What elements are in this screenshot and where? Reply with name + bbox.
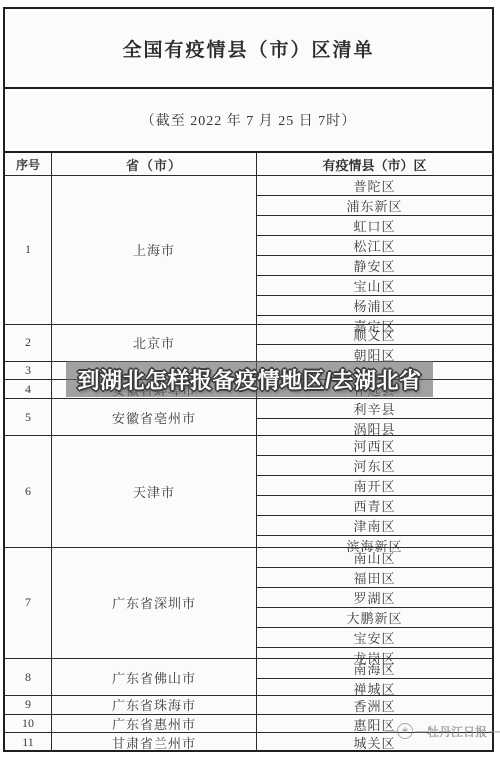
region-line: 宝山区 <box>257 275 492 295</box>
region-line: 顺义区 <box>257 325 492 344</box>
page: 全国有疫情县（市）区清单 （截至 2022 年 7 月 25 日 7时） 序号 … <box>0 0 500 758</box>
province-cell: 天津市 <box>52 436 257 546</box>
header-cell-province: 省（市） <box>52 153 257 175</box>
region-line: 禅城区 <box>257 678 492 698</box>
region-line: 河西区 <box>257 436 492 455</box>
table-body: 1上海市普陀区浦东新区虹口区松江区静安区宝山区杨浦区嘉定区2北京市顺义区朝阳区3… <box>5 176 492 752</box>
region-line: 南海区 <box>257 659 492 678</box>
newspaper-watermark: — ❀ — 牡丹江日报 — <box>385 721 499 741</box>
date-box: （截至 2022 年 7 月 25 日 7时） <box>5 89 492 153</box>
region-cell-group: 河西区河东区南开区西青区津南区滨海新区 <box>257 436 492 546</box>
region-line: 松江区 <box>257 235 492 255</box>
row-number: 4 <box>5 380 52 398</box>
table-header: 序号 省（市） 有疫情县（市）区 <box>5 153 492 176</box>
province-cell: 甘肃省兰州市 <box>52 733 257 752</box>
region-line: 津南区 <box>257 515 492 535</box>
region-line: 南开区 <box>257 475 492 495</box>
province-cell: 北京市 <box>52 325 257 361</box>
date-note: （截至 2022 年 7 月 25 日 7时） <box>141 110 357 130</box>
table-row: 9广东省珠海市香洲区 <box>5 696 492 715</box>
watermark-dash-mid: — <box>415 724 425 738</box>
region-line: 宝安区 <box>257 627 492 647</box>
province-cell: 广东省珠海市 <box>52 696 257 714</box>
row-number: 9 <box>5 696 52 714</box>
province-cell: 上海市 <box>52 176 257 324</box>
region-line: 浦东新区 <box>257 195 492 215</box>
region-line: 福田区 <box>257 567 492 587</box>
region-line: 南山区 <box>257 548 492 567</box>
region-line: 利辛县 <box>257 399 492 418</box>
table-row: 7广东省深圳市南山区福田区罗湖区大鹏新区宝安区龙岗区 <box>5 548 492 659</box>
region-cell-group: 南海区禅城区 <box>257 659 492 695</box>
row-number: 3 <box>5 362 52 380</box>
table-row: 6天津市河西区河东区南开区西青区津南区滨海新区 <box>5 436 492 547</box>
province-cell: 安徽省亳州市 <box>52 399 257 435</box>
region-cell-group: 香洲区 <box>257 696 492 714</box>
header-cell-no: 序号 <box>5 153 52 175</box>
newspaper-logo-icon: ❀ <box>397 723 413 739</box>
region-line: 河东区 <box>257 455 492 475</box>
epidemic-table: 序号 省（市） 有疫情县（市）区 1上海市普陀区浦东新区虹口区松江区静安区宝山区… <box>5 153 492 752</box>
row-number: 1 <box>5 176 52 324</box>
table-row: 2北京市顺义区朝阳区 <box>5 325 492 362</box>
region-line: 普陀区 <box>257 176 492 195</box>
row-number: 6 <box>5 436 52 546</box>
province-cell: 广东省深圳市 <box>52 548 257 658</box>
row-number: 2 <box>5 325 52 361</box>
row-number: 5 <box>5 399 52 435</box>
region-cell-group: 利辛县涡阳县 <box>257 399 492 435</box>
table-row: 8广东省佛山市南海区禅城区 <box>5 659 492 696</box>
province-cell: 广东省佛山市 <box>52 659 257 695</box>
watermark-dash-right: — <box>489 724 499 738</box>
province-cell: 广东省惠州市 <box>52 715 257 733</box>
region-line: 西青区 <box>257 495 492 515</box>
region-line: 大鹏新区 <box>257 607 492 627</box>
row-number: 7 <box>5 548 52 658</box>
region-line: 涡阳县 <box>257 418 492 438</box>
row-number: 11 <box>5 733 52 752</box>
table-row: 1上海市普陀区浦东新区虹口区松江区静安区宝山区杨浦区嘉定区 <box>5 176 492 325</box>
row-number: 8 <box>5 659 52 695</box>
region-cell-group: 普陀区浦东新区虹口区松江区静安区宝山区杨浦区嘉定区 <box>257 176 492 324</box>
region-line: 罗湖区 <box>257 587 492 607</box>
region-line: 杨浦区 <box>257 295 492 315</box>
region-line: 虹口区 <box>257 215 492 235</box>
headline-overlay-banner: 到湖北怎样报备疫情地区/去湖北省 <box>66 361 433 397</box>
header-cell-region: 有疫情县（市）区 <box>257 153 492 175</box>
page-title: 全国有疫情县（市）区清单 <box>122 35 374 62</box>
region-line: 静安区 <box>257 255 492 275</box>
region-cell-group: 南山区福田区罗湖区大鹏新区宝安区龙岗区 <box>257 548 492 658</box>
title-box: 全国有疫情县（市）区清单 <box>5 9 492 89</box>
watermark-text: 牡丹江日报 <box>427 723 487 740</box>
region-line: 香洲区 <box>257 696 492 715</box>
table-row: 5安徽省亳州市利辛县涡阳县 <box>5 399 492 436</box>
row-number: 10 <box>5 715 52 733</box>
headline-overlay-text: 到湖北怎样报备疫情地区/去湖北省 <box>77 364 421 395</box>
region-cell-group: 顺义区朝阳区 <box>257 325 492 361</box>
watermark-dash-left: — <box>385 724 395 738</box>
